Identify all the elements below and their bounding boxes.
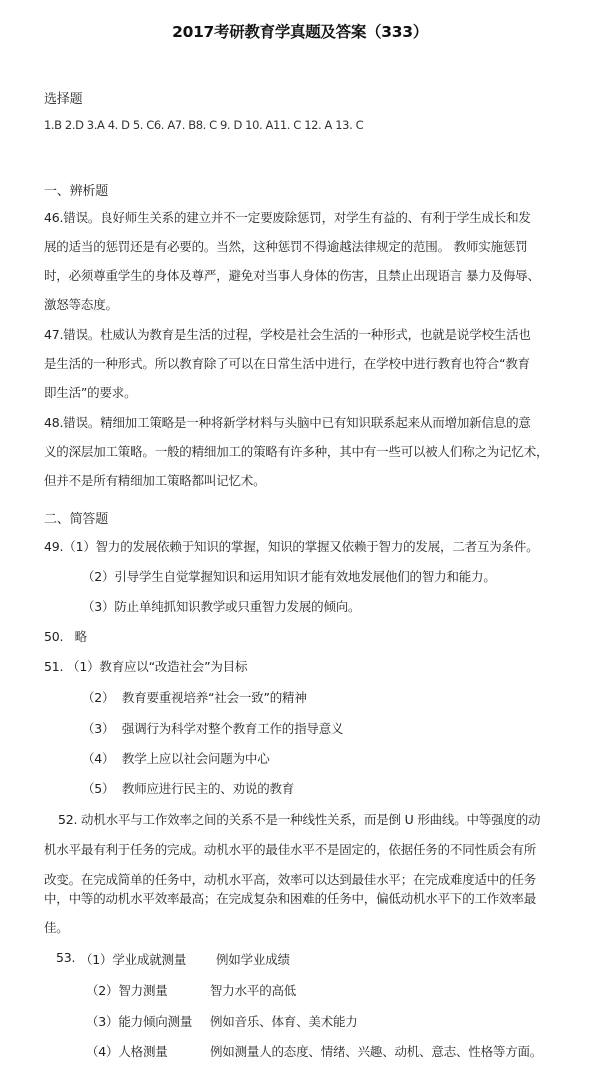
q47-line: 是生活的一种形式。所以教育除了可以在日常生活中进行，在学校中进行教育也符合“教育 bbox=[44, 354, 530, 372]
q48-line: 但并不是所有精细加工策略都叫记忆术。 bbox=[44, 471, 265, 489]
q47-line: 即生活”的要求。 bbox=[44, 383, 136, 401]
q53-item-example: 例如音乐、体育、美术能力 bbox=[210, 1012, 358, 1030]
q49-item: 49.（1）智力的发展依赖于知识的掌握，知识的掌握又依赖于智力的发展，二者互为条… bbox=[44, 537, 538, 555]
q46-line: 时，必须尊重学生的身体及尊严，避免对当事人身体的伤害，且禁止出现语言 暴力及侮辱… bbox=[44, 266, 540, 284]
q53-item-label: （4）人格测量 bbox=[86, 1042, 168, 1060]
q53-item-label: （3）能力倾向测量 bbox=[86, 1012, 192, 1030]
q53-item-example: 智力水平的高低 bbox=[210, 981, 296, 999]
q52-line: 机水平最有利于任务的完成。动机水平的最佳水平不是固定的，依据任务的不同性质会有所 bbox=[44, 840, 536, 858]
q53-item-example: 例如测量人的态度、情绪、兴趣、动机、意志、性格等方面。 bbox=[210, 1042, 542, 1060]
q47-line: 47.错误。杜威认为教育是生活的过程，学校是社会生活的一种形式，也就是说学校生活… bbox=[44, 325, 531, 343]
q51-item: 51. （1）教育应以“改造社会”为目标 bbox=[44, 657, 247, 675]
q51-item: （5） 教师应进行民主的、劝说的教育 bbox=[82, 779, 294, 797]
q49-item: （3）防止单纯抓知识教学或只重智力发展的倾向。 bbox=[82, 597, 360, 615]
q52-line: 中，中等的动机水平效率最高；在完成复杂和困难的任务中，偏低动机水平下的工作效率最 bbox=[44, 889, 536, 907]
q48-line: 48.错误。精细加工策略是一种将新学材料与头脑中已有知识联系起来从而增加新信息的… bbox=[44, 413, 531, 431]
q51-item: （2） 教育要重视培养“社会一致”的精神 bbox=[82, 688, 307, 706]
q53-item-label: （1）学业成就测量 bbox=[80, 950, 186, 968]
q46-line: 激怒等态度。 bbox=[44, 295, 118, 313]
q52-line: 改变。在完成简单的任务中，动机水平高，效率可以达到最佳水平；在完成难度适中的任务 bbox=[44, 870, 536, 888]
multiple-choice-answers: 1.B 2.D 3.A 4. D 5. C6. A7. B8. C 9. D 1… bbox=[44, 118, 363, 132]
q52-line: 52. 动机水平与工作效率之间的关系不是一种线性关系，而是倒 U 形曲线。中等强… bbox=[58, 810, 540, 828]
q50-answer: 50. 略 bbox=[44, 627, 87, 645]
q53-item-label: （2）智力测量 bbox=[86, 981, 168, 999]
q51-item: （3） 强调行为科学对整个教育工作的指导意义 bbox=[82, 719, 343, 737]
page-title: 2017考研教育学真题及答案（333） bbox=[0, 20, 600, 42]
q48-line: 义的深层加工策略。一般的精细加工的策略有许多种，其中有一些可以被人们称之为记忆术… bbox=[44, 442, 548, 460]
q49-item: （2）引导学生自觉掌握知识和运用知识才能有效地发展他们的智力和能力。 bbox=[82, 567, 496, 585]
q52-line: 佳。 bbox=[44, 918, 69, 936]
section1-heading: 一、辨析题 bbox=[44, 180, 108, 199]
section2-heading: 二、简答题 bbox=[44, 508, 108, 527]
q53-number: 53. bbox=[56, 950, 75, 965]
q46-line: 46.错误。良好师生关系的建立并不一定要废除惩罚，对学生有益的、有利于学生成长和… bbox=[44, 208, 531, 226]
q51-item: （4） 教学上应以社会问题为中心 bbox=[82, 749, 270, 767]
multiple-choice-heading: 选择题 bbox=[44, 88, 82, 107]
q53-item-example: 例如学业成绩 bbox=[216, 950, 290, 968]
q46-line: 展的适当的惩罚还是有必要的。当然，这种惩罚不得逾越法律规定的范围。 教师实施惩罚 bbox=[44, 237, 527, 255]
